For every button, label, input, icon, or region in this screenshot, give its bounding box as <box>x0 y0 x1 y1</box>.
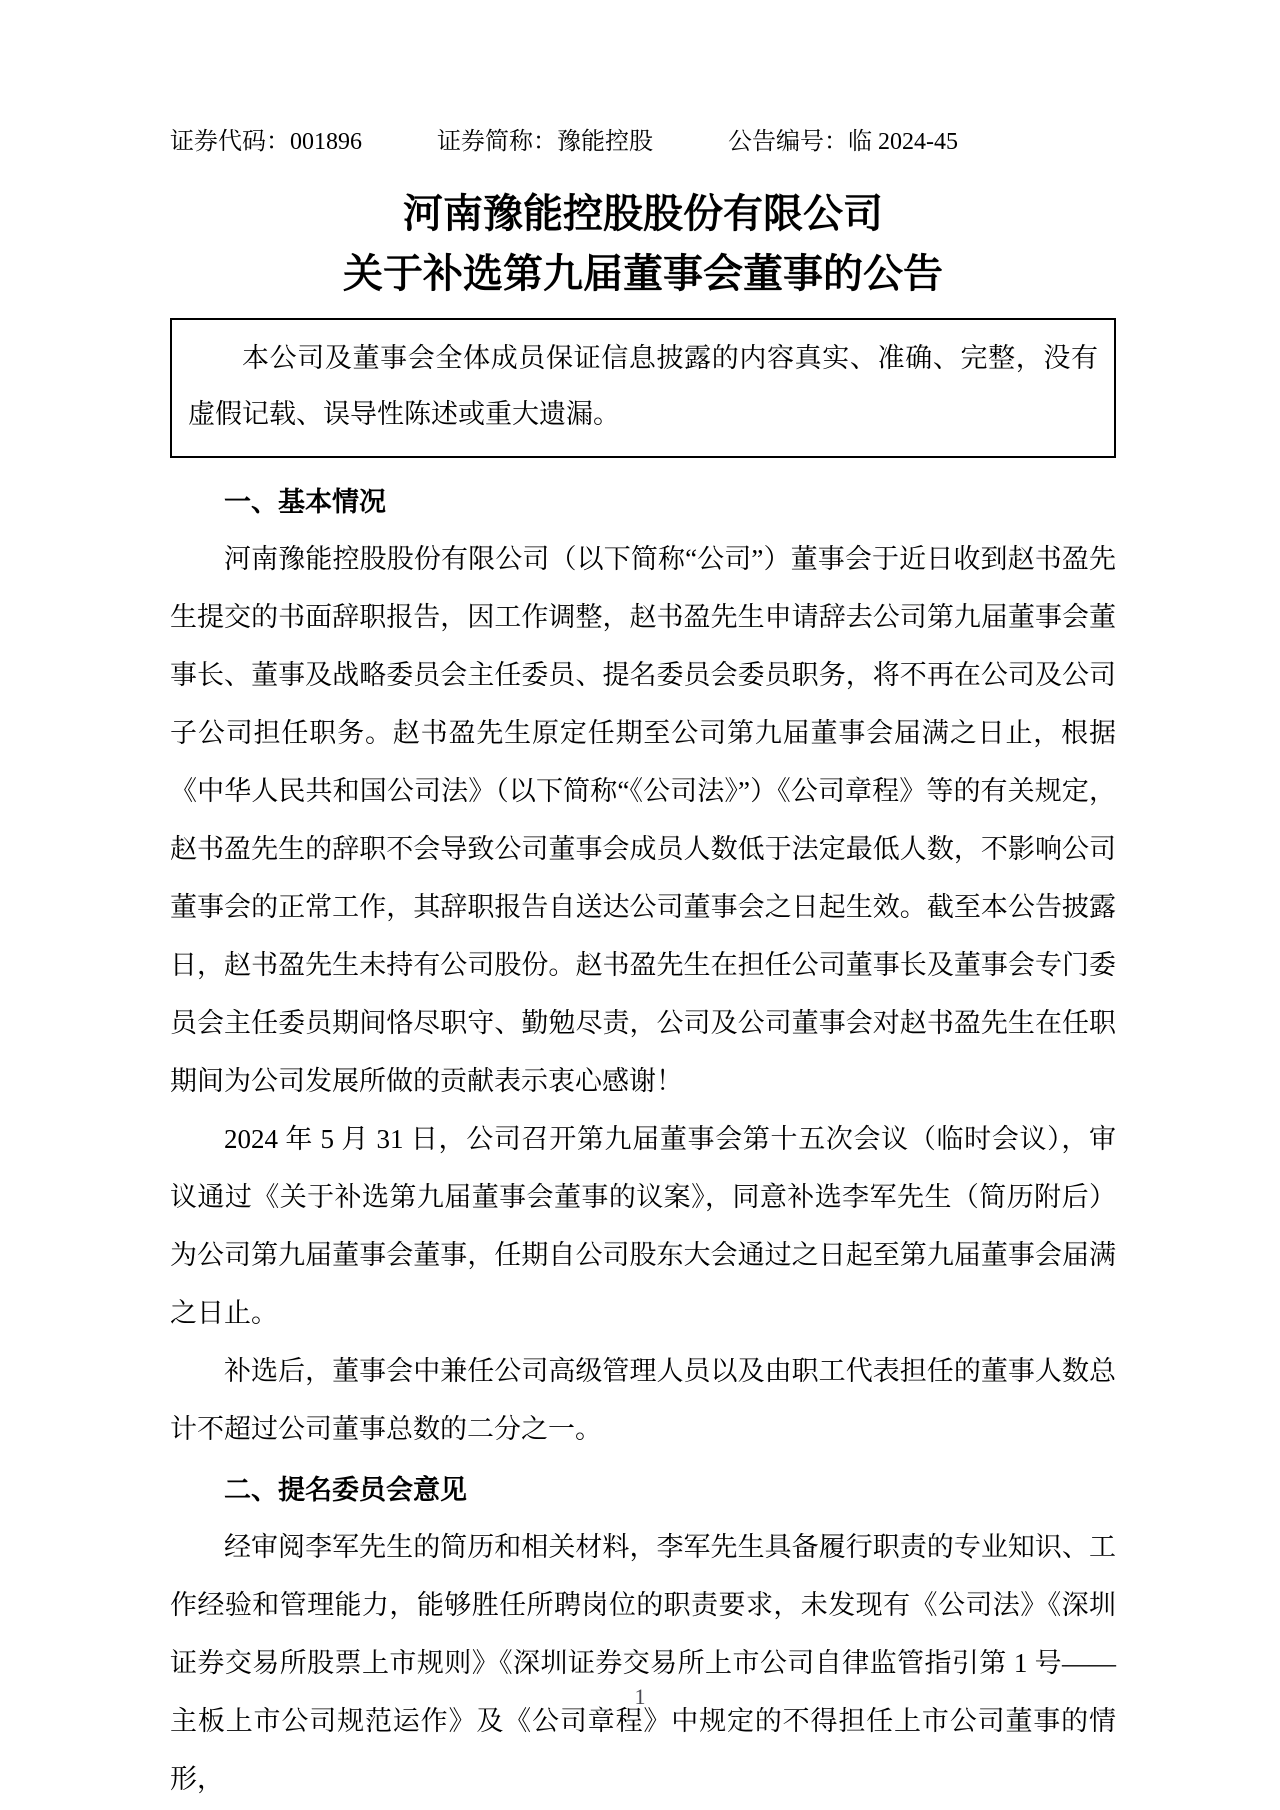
announcement-title: 关于补选第九届董事会董事的公告 <box>170 246 1116 302</box>
stock-abbr: 证券简称：豫能控股 <box>437 126 653 158</box>
page-footer: 1 <box>0 1684 1280 1710</box>
section-2-paragraph-1: 经审阅李军先生的简历和相关材料，李军先生具备履行职责的专业知识、工作经验和管理能… <box>170 1518 1116 1808</box>
section-1-heading: 一、基本情况 <box>170 480 1116 524</box>
section-1-paragraph-1: 河南豫能控股股份有限公司（以下简称“公司”）董事会于近日收到赵书盈先生提交的书面… <box>170 530 1116 1110</box>
section-1-paragraph-3: 补选后，董事会中兼任公司高级管理人员以及由职工代表担任的董事人数总计不超过公司董… <box>170 1342 1116 1458</box>
disclaimer-text: 本公司及董事会全体成员保证信息披露的内容真实、准确、完整，没有虚假记载、误导性陈… <box>188 330 1098 442</box>
announcement-number: 公告编号：临 2024-45 <box>728 126 958 158</box>
document-header: 证券代码：001896 证券简称：豫能控股 公告编号：临 2024-45 <box>170 126 958 158</box>
disclaimer-box: 本公司及董事会全体成员保证信息披露的内容真实、准确、完整，没有虚假记载、误导性陈… <box>170 318 1116 458</box>
company-name-title: 河南豫能控股股份有限公司 <box>170 186 1116 242</box>
page-number: 1 <box>635 1684 646 1709</box>
document-page: 证券代码：001896 证券简称：豫能控股 公告编号：临 2024-45 河南豫… <box>0 0 1280 1808</box>
stock-code: 证券代码：001896 <box>170 126 362 158</box>
section-2-heading: 二、提名委员会意见 <box>170 1468 1116 1512</box>
section-1-paragraph-2: 2024 年 5 月 31 日，公司召开第九届董事会第十五次会议（临时会议），审… <box>170 1110 1116 1342</box>
